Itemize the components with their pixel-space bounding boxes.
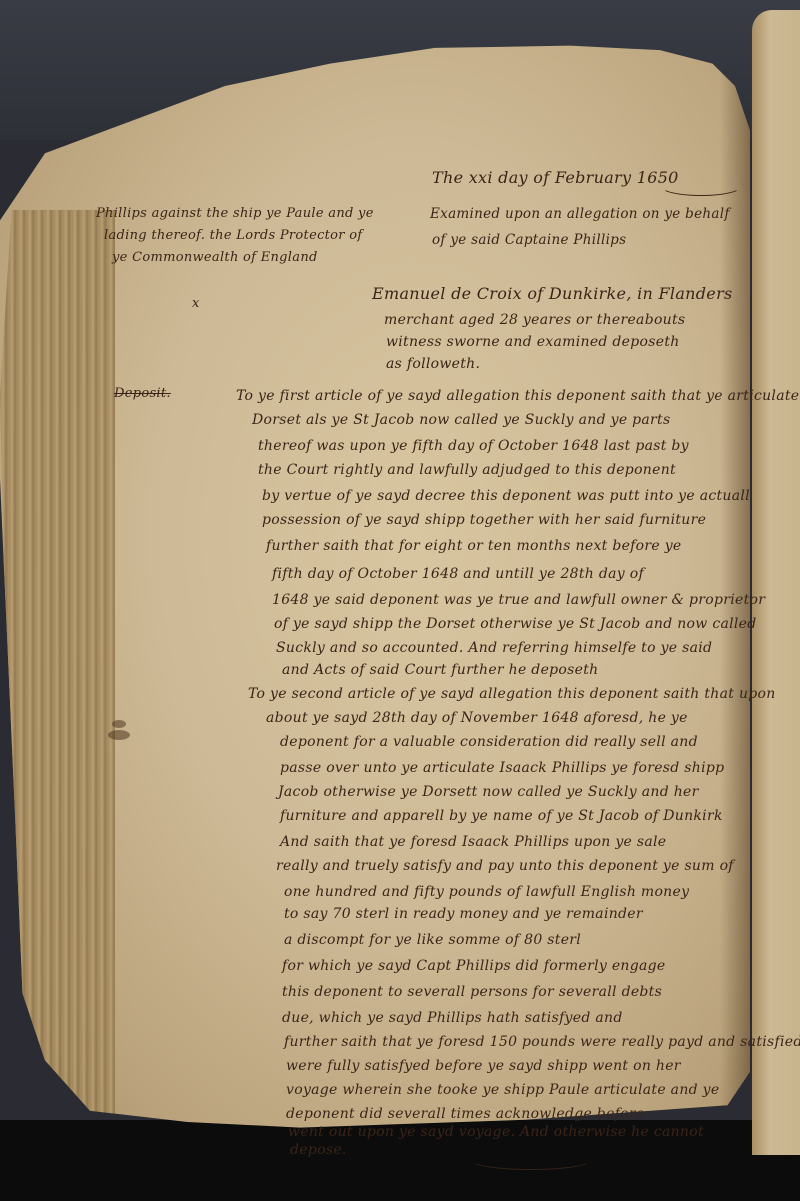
body-line: about ye sayd 28th day of November 1648 … bbox=[266, 710, 688, 726]
body-line: further saith that ye foresd 150 pounds … bbox=[284, 1034, 800, 1050]
body-line: possession of ye sayd shipp together wit… bbox=[262, 512, 706, 528]
examined-line-2: of ye said Captaine Phillips bbox=[432, 232, 626, 248]
body-line: To ye second article of ye sayd allegati… bbox=[248, 686, 776, 702]
body-line: of ye sayd shipp the Dorset otherwise ye… bbox=[274, 616, 757, 632]
body-line: a discompt for ye like somme of 80 sterl bbox=[284, 932, 581, 948]
body-line: passe over unto ye articulate Isaack Phi… bbox=[280, 760, 724, 776]
deposition-date: The xxi day of February 1650 bbox=[432, 168, 679, 187]
body-line: voyage wherein she tooke ye shipp Paule … bbox=[286, 1082, 719, 1098]
body-line: To ye first article of ye sayd allegatio… bbox=[236, 388, 799, 404]
witness-line: witness sworne and examined deposeth bbox=[386, 334, 680, 350]
closing-flourish bbox=[470, 1150, 592, 1170]
witness-line: Emanuel de Croix of Dunkirke, in Flander… bbox=[372, 284, 733, 303]
margin-note-line: Phillips against the ship ye Paule and y… bbox=[96, 206, 374, 221]
margin-mark: x bbox=[192, 296, 200, 311]
witness-line: as followeth. bbox=[386, 356, 480, 372]
page-edges-stack bbox=[0, 210, 115, 1130]
date-underline-flourish bbox=[660, 176, 742, 196]
facing-page-edge bbox=[752, 10, 800, 1155]
margin-note-line: ye Commonwealth of England bbox=[112, 250, 318, 265]
body-line: due, which ye sayd Phillips hath satisfy… bbox=[282, 1010, 623, 1026]
ink-stain bbox=[108, 730, 130, 740]
body-line: to say 70 sterl in ready money and ye re… bbox=[284, 906, 643, 922]
body-line: this deponent to severall persons for se… bbox=[282, 984, 662, 1000]
body-line: deponent for a valuable consideration di… bbox=[280, 734, 698, 750]
body-line: furniture and apparell by ye name of ye … bbox=[280, 808, 723, 824]
body-line: the Court rightly and lawfully adjudged … bbox=[258, 462, 676, 478]
body-line: by vertue of ye sayd decree this deponen… bbox=[262, 488, 750, 504]
body-line: for which ye sayd Capt Phillips did form… bbox=[282, 958, 665, 974]
margin-note-line: lading thereof. the Lords Protector of bbox=[104, 228, 363, 243]
body-line: And saith that ye foresd Isaack Phillips… bbox=[280, 834, 666, 850]
manuscript-page bbox=[0, 30, 750, 1150]
body-line: Suckly and so accounted. And referring h… bbox=[276, 640, 712, 656]
body-line: one hundred and fifty pounds of lawfull … bbox=[284, 884, 689, 900]
margin-article-label: Deposit. bbox=[114, 386, 171, 401]
body-line: were fully satisfyed before ye sayd ship… bbox=[286, 1058, 681, 1074]
body-line: and Acts of said Court further he depose… bbox=[282, 662, 598, 678]
body-line: deponent did severall times acknowledge … bbox=[286, 1106, 644, 1122]
body-line: 1648 ye said deponent was ye true and la… bbox=[272, 592, 765, 608]
body-line: depose. bbox=[290, 1142, 347, 1158]
body-line: Dorset als ye St Jacob now called ye Suc… bbox=[252, 412, 670, 428]
body-line: went out upon ye sayd voyage. And otherw… bbox=[288, 1124, 704, 1140]
witness-line: merchant aged 28 yeares or thereabouts bbox=[384, 312, 685, 328]
body-line: Jacob otherwise ye Dorsett now called ye… bbox=[278, 784, 699, 800]
ink-stain bbox=[112, 720, 126, 728]
body-line: fifth day of October 1648 and untill ye … bbox=[272, 566, 644, 582]
body-line: really and truely satisfy and pay unto t… bbox=[276, 858, 734, 874]
body-line: further saith that for eight or ten mont… bbox=[266, 538, 682, 554]
examined-line-1: Examined upon an allegation on ye behalf bbox=[430, 206, 730, 222]
body-line: thereof was upon ye fifth day of October… bbox=[258, 438, 689, 454]
